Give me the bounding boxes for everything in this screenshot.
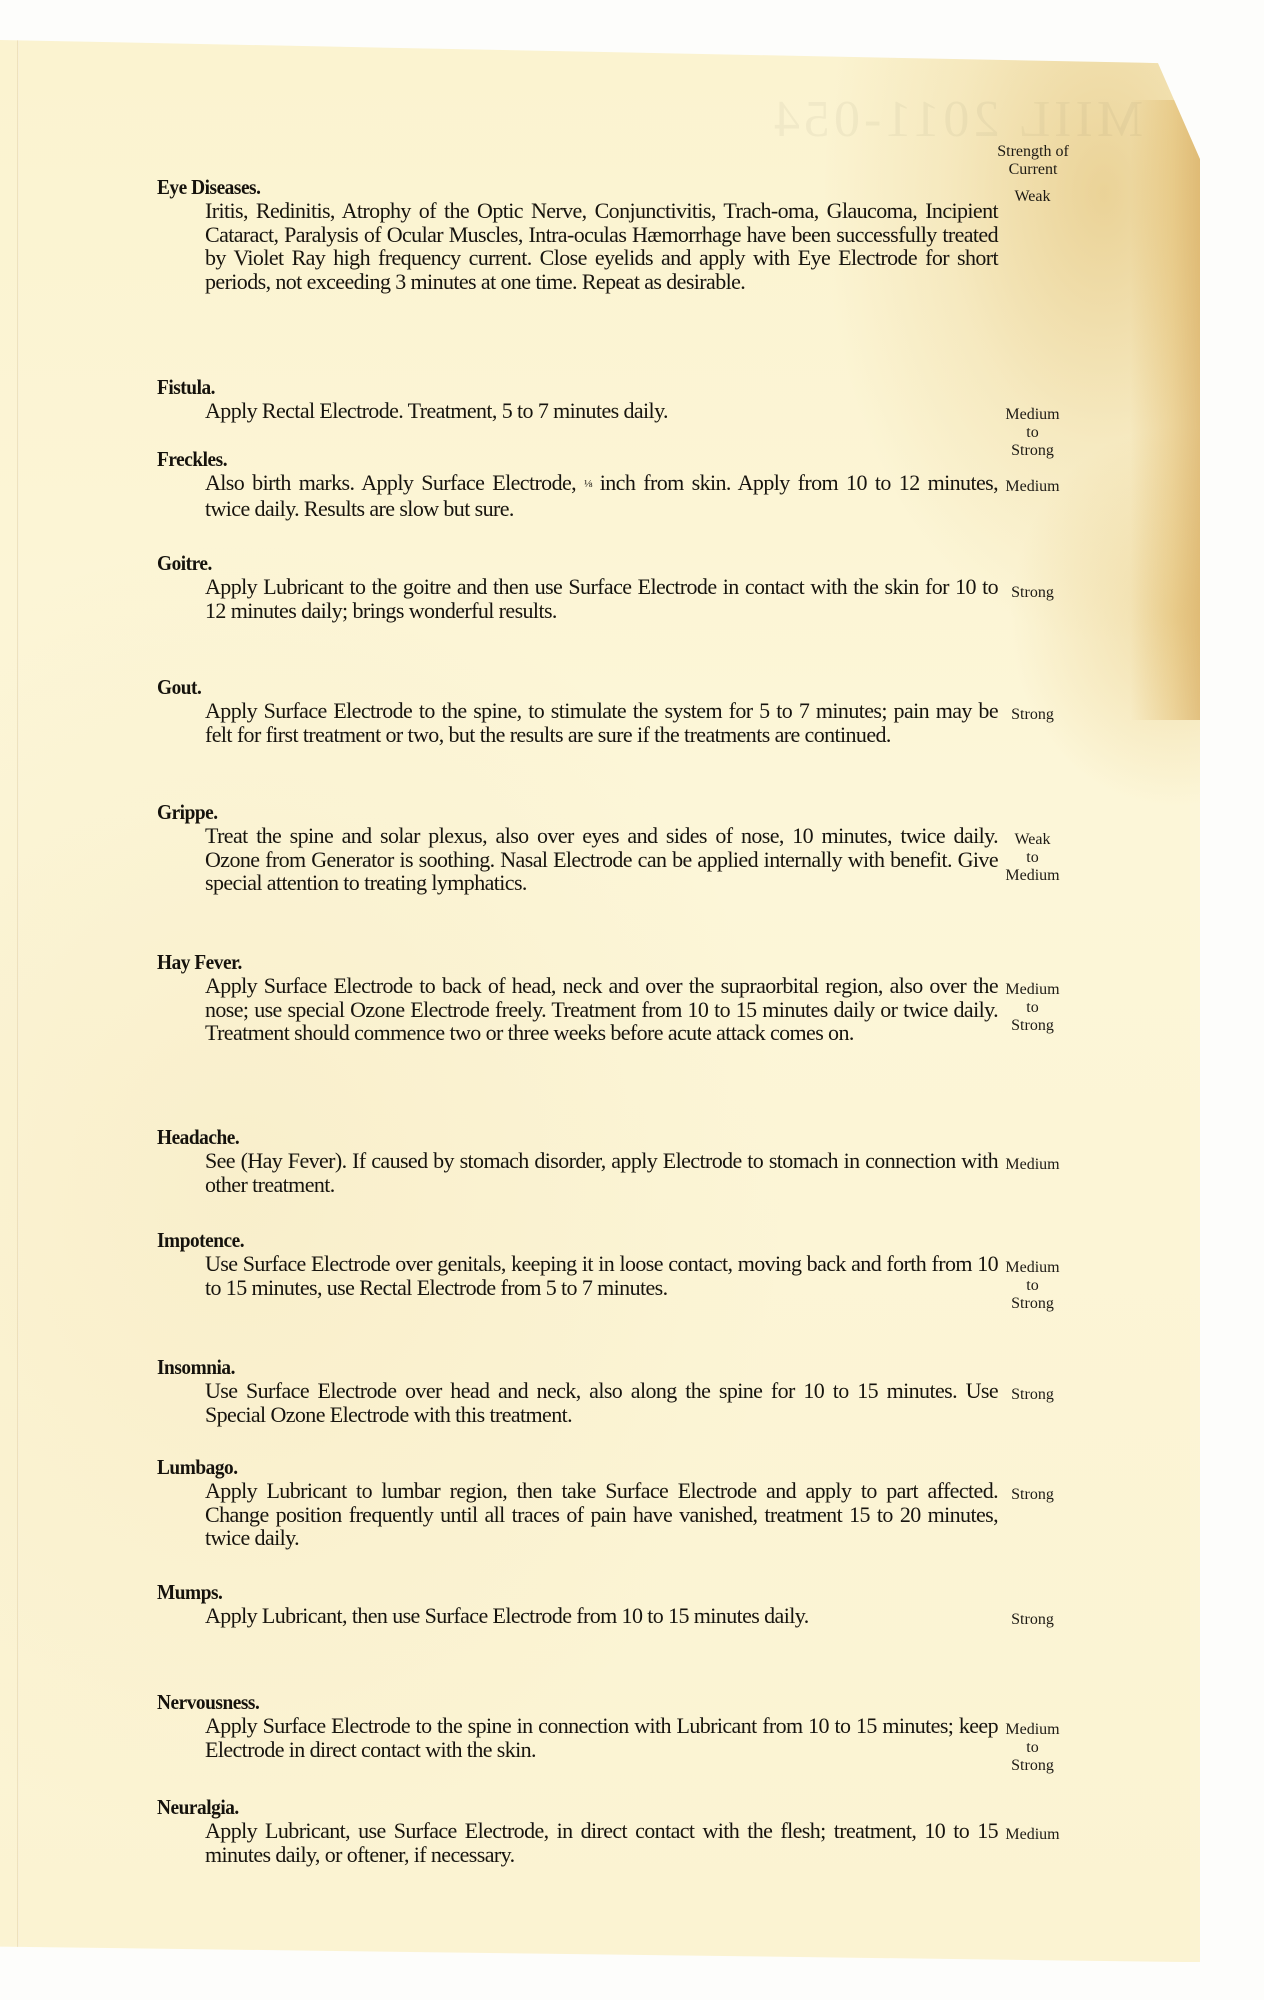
entry-title: Fistula. (157, 375, 215, 400)
strength-line: Weak (975, 831, 1090, 849)
bleed-through-stamp: MIIL 2011-054 (770, 90, 1143, 149)
entry-description: Use Surface Electrode over head and neck… (205, 1379, 998, 1426)
strength-line: Medium (975, 867, 1090, 885)
entry-title: Hay Fever. (157, 950, 242, 975)
strength-of-current: Weak (975, 188, 1090, 206)
page-fold (17, 40, 19, 1962)
strength-line: Strong (975, 442, 1090, 460)
strength-of-current: Strong (975, 584, 1090, 602)
entry-description: Apply Surface Electrode to the spine in … (205, 1714, 998, 1761)
strength-of-current: Strong (975, 706, 1090, 724)
entry-description: See (Hay Fever). If caused by stomach di… (205, 1149, 998, 1196)
strength-of-current: Medium (975, 1826, 1090, 1844)
entry-title: Goitre. (157, 551, 212, 576)
strength-line: Medium (975, 1156, 1090, 1174)
entry-description: Treat the spine and solar plexus, also o… (205, 824, 998, 895)
entry-description: Apply Surface Electrode to the spine, to… (205, 699, 998, 746)
entry-title: Lumbago. (157, 1455, 238, 1480)
strength-of-current: MediumtoStrong (975, 981, 1090, 1035)
entry-description: Use Surface Electrode over genitals, kee… (205, 1252, 998, 1299)
strength-line: Medium (975, 1259, 1090, 1277)
strength-line: Strong (975, 706, 1090, 724)
strength-of-current: WeaktoMedium (975, 831, 1090, 885)
strength-of-current: Medium (975, 1156, 1090, 1174)
strength-of-current: MediumtoStrong (975, 1259, 1090, 1313)
strength-of-current: Strong (975, 1611, 1090, 1629)
entry-title: Eye Diseases. (157, 175, 261, 200)
strength-line: Strong (975, 1295, 1090, 1313)
strength-line: to (975, 999, 1090, 1017)
strength-line: Strong (975, 1486, 1090, 1504)
entry-description: Apply Lubricant, use Surface Electrode, … (205, 1819, 998, 1866)
strength-line: to (975, 1739, 1090, 1757)
strength-column-header: Strength of Current (978, 143, 1088, 179)
entry-description: Apply Lubricant to the goitre and then u… (205, 575, 998, 622)
strength-line: Medium (975, 1826, 1090, 1844)
strength-line: Strong (975, 584, 1090, 602)
strength-of-current: MediumtoStrong (975, 406, 1090, 460)
entry-title: Gout. (157, 675, 201, 700)
entry-description: Apply Surface Electrode to back of head,… (205, 974, 998, 1045)
strength-of-current: MediumtoStrong (975, 1721, 1090, 1775)
strength-of-current: Strong (975, 1386, 1090, 1404)
strength-line: Strong (975, 1611, 1090, 1629)
entry-description: Apply Lubricant, then use Surface Electr… (205, 1604, 998, 1628)
entry-description: Apply Lubricant to lumbar region, then t… (205, 1479, 998, 1550)
strength-line: Medium (975, 406, 1090, 424)
entry-description: Iritis, Redinitis, Atrophy of the Optic … (205, 199, 998, 294)
entry-title: Impotence. (157, 1228, 244, 1253)
entry-title: Neuralgia. (157, 1795, 239, 1820)
strength-line: Strong (975, 1386, 1090, 1404)
water-stain (1130, 100, 1200, 720)
entry-title: Insomnia. (157, 1355, 235, 1380)
strength-line: to (975, 424, 1090, 442)
fraction-one-eighth: ⅛ (584, 478, 592, 490)
strength-of-current: Medium (975, 478, 1090, 496)
entry-title: Headache. (157, 1125, 239, 1150)
strength-line: Strong (975, 1757, 1090, 1775)
strength-line: to (975, 1277, 1090, 1295)
entry-description: Apply Rectal Electrode. Treatment, 5 to … (205, 399, 998, 423)
entry-title: Freckles. (157, 447, 227, 472)
strength-line: Medium (975, 1721, 1090, 1739)
strength-of-current: Strong (975, 1486, 1090, 1504)
entry-title: Nervousness. (157, 1690, 259, 1715)
strength-line: Weak (975, 188, 1090, 206)
entry-description: Also birth marks. Apply Surface Electrod… (205, 471, 998, 520)
strength-line: Medium (975, 981, 1090, 999)
strength-line: Medium (975, 478, 1090, 496)
entry-title: Mumps. (157, 1580, 222, 1605)
entry-title: Grippe. (157, 800, 218, 825)
strength-line: Strong (975, 1017, 1090, 1035)
strength-line: to (975, 849, 1090, 867)
